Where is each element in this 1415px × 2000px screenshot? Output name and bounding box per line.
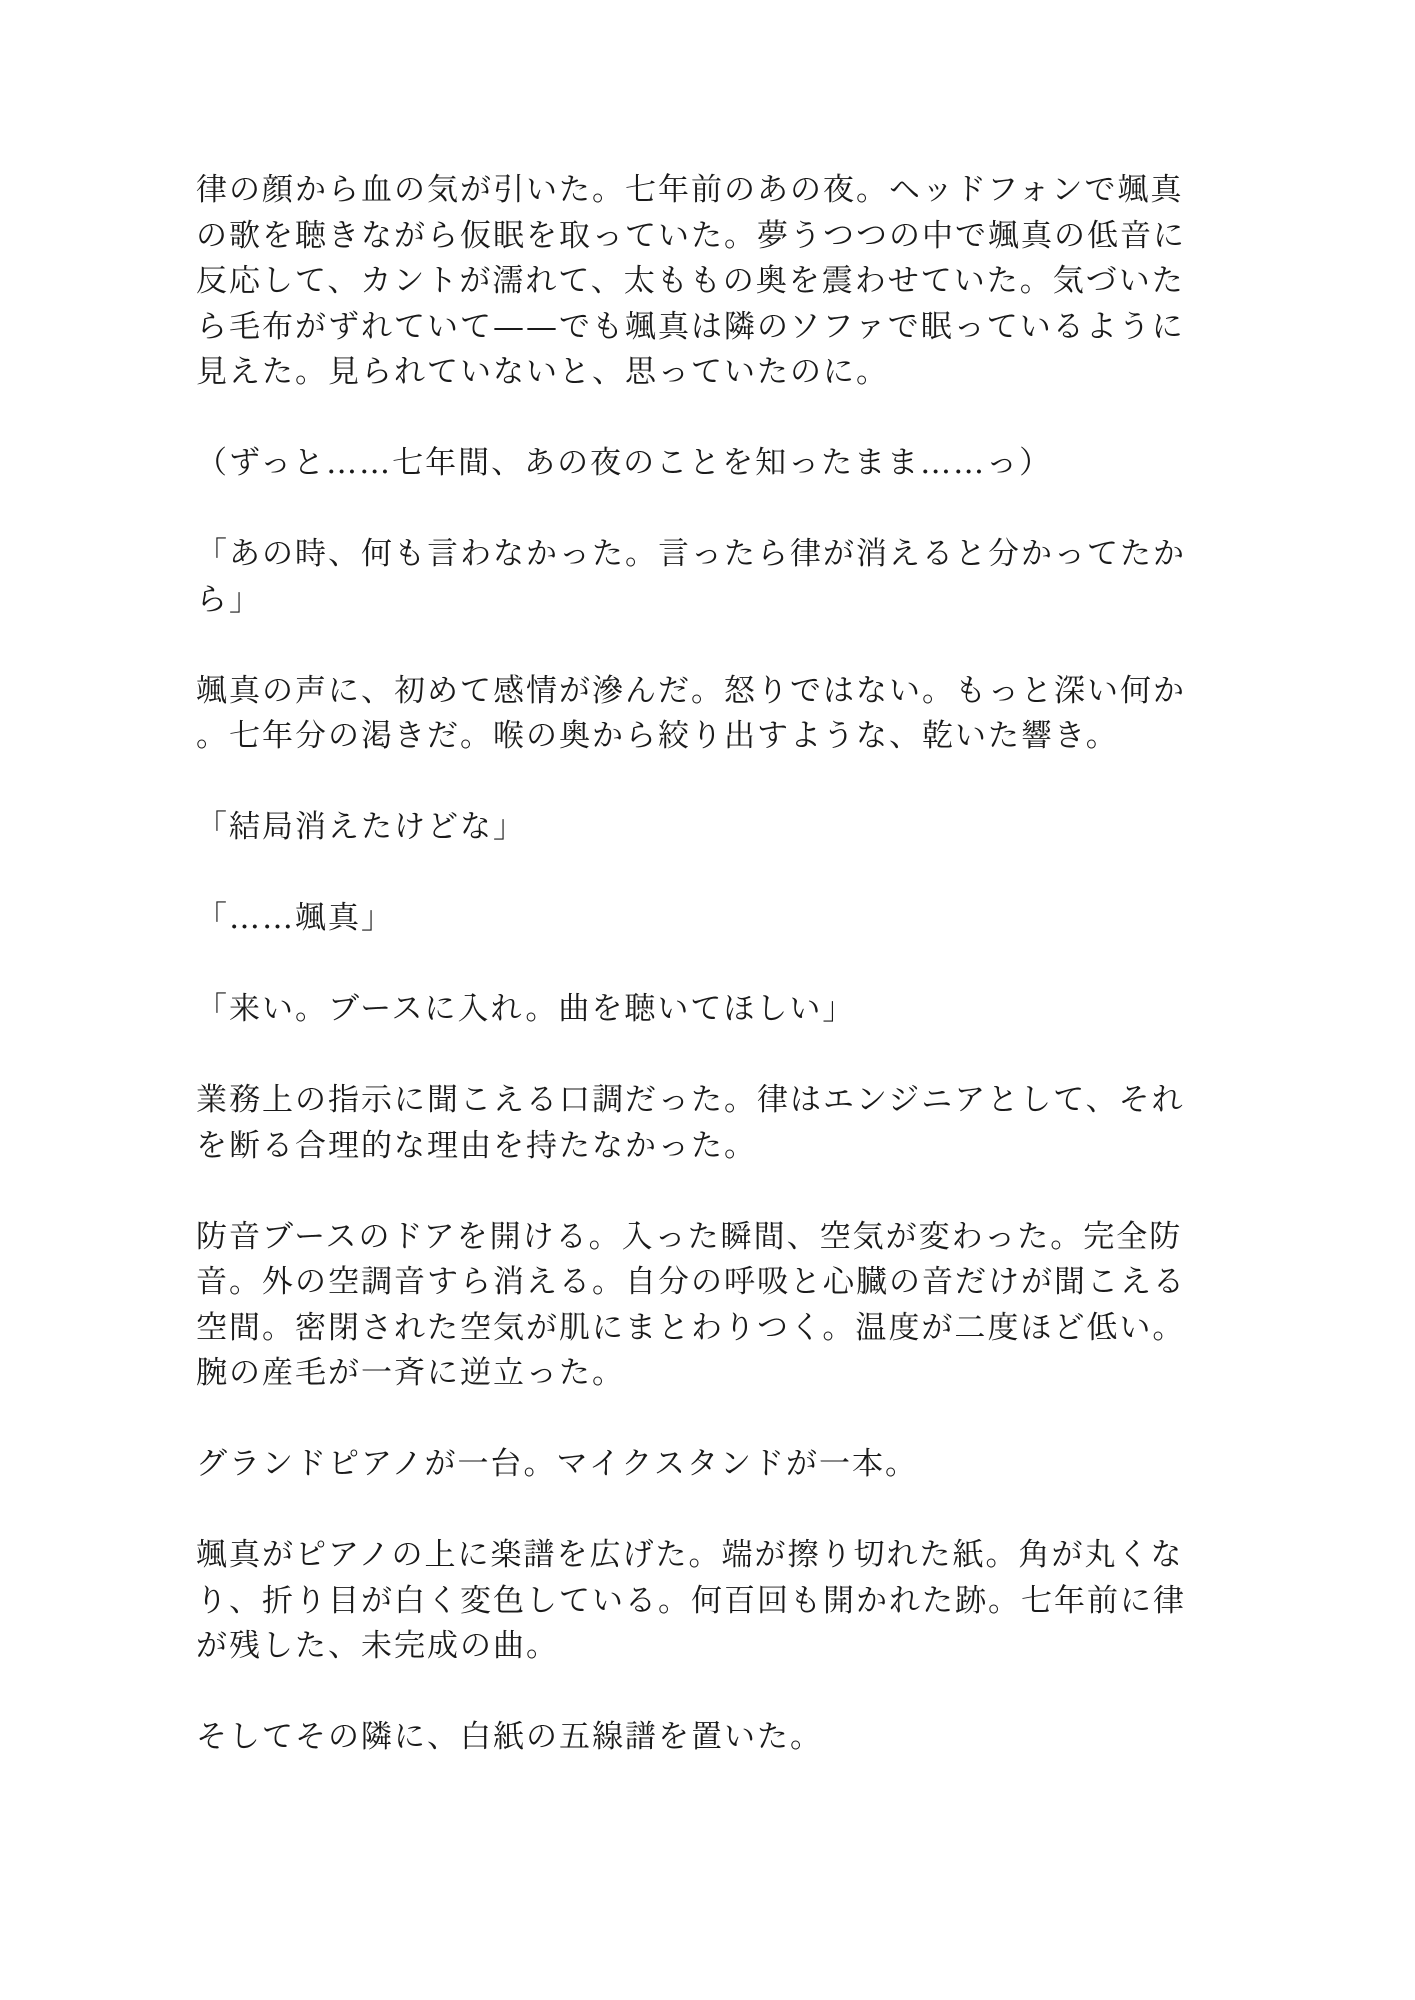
text-line: 業務上の指示に聞こえる口調だった。律はエンジニアとして、それ (196, 1078, 1256, 1124)
paragraph: 「……颯真」 (196, 896, 1256, 942)
paragraph: 「来い。ブースに入れ。曲を聴いてほしい」 (196, 987, 1256, 1033)
text-line: 「……颯真」 (196, 896, 1256, 942)
text-line: り、折り目が白く変色している。何百回も開かれた跡。七年前に律 (196, 1579, 1256, 1625)
page: 律の顔から血の気が引いた。七年前のあの夜。ヘッドフォンで颯真の歌を聴きながら仮眠… (0, 0, 1415, 2000)
text-line: 防音ブースのドアを開ける。入った瞬間、空気が変わった。完全防 (196, 1215, 1256, 1261)
paragraph: 律の顔から血の気が引いた。七年前のあの夜。ヘッドフォンで颯真の歌を聴きながら仮眠… (196, 168, 1256, 396)
text-line: 腕の産毛が一斉に逆立った。 (196, 1351, 1256, 1397)
paragraph: 颯真がピアノの上に楽譜を広げた。端が擦り切れた紙。角が丸くなり、折り目が白く変色… (196, 1533, 1256, 1670)
text-line: 見えた。見られていないと、思っていたのに。 (196, 350, 1256, 396)
paragraph: 颯真の声に、初めて感情が滲んだ。怒りではない。もっと深い何か。七年分の渇きだ。喉… (196, 669, 1256, 760)
paragraph: グランドピアノが一台。マイクスタンドが一本。 (196, 1442, 1256, 1488)
paragraph: 業務上の指示に聞こえる口調だった。律はエンジニアとして、それを断る合理的な理由を… (196, 1078, 1256, 1169)
text-line: 「あの時、何も言わなかった。言ったら律が消えると分かってたか (196, 532, 1256, 578)
paragraph: （ずっと……七年間、あの夜のことを知ったまま……っ） (196, 441, 1256, 487)
document-body: 律の顔から血の気が引いた。七年前のあの夜。ヘッドフォンで颯真の歌を聴きながら仮眠… (196, 168, 1256, 1761)
text-line: を断る合理的な理由を持たなかった。 (196, 1124, 1256, 1170)
text-line: そしてその隣に、白紙の五線譜を置いた。 (196, 1715, 1256, 1761)
text-line: ら」 (196, 578, 1256, 624)
text-line: 反応して、カントが濡れて、太ももの奥を震わせていた。気づいた (196, 259, 1256, 305)
text-line: ら毛布がずれていて——でも颯真は隣のソファで眠っているように (196, 305, 1256, 351)
text-line: 。七年分の渇きだ。喉の奥から絞り出すような、乾いた響き。 (196, 714, 1256, 760)
text-line: の歌を聴きながら仮眠を取っていた。夢うつつの中で颯真の低音に (196, 214, 1256, 260)
paragraph: そしてその隣に、白紙の五線譜を置いた。 (196, 1715, 1256, 1761)
text-line: 颯真の声に、初めて感情が滲んだ。怒りではない。もっと深い何か (196, 669, 1256, 715)
paragraph: 「結局消えたけどな」 (196, 805, 1256, 851)
text-line: が残した、未完成の曲。 (196, 1624, 1256, 1670)
text-line: 「結局消えたけどな」 (196, 805, 1256, 851)
paragraph: 「あの時、何も言わなかった。言ったら律が消えると分かってたから」 (196, 532, 1256, 623)
text-line: 颯真がピアノの上に楽譜を広げた。端が擦り切れた紙。角が丸くな (196, 1533, 1256, 1579)
text-line: 「来い。ブースに入れ。曲を聴いてほしい」 (196, 987, 1256, 1033)
text-line: （ずっと……七年間、あの夜のことを知ったまま……っ） (196, 441, 1256, 487)
text-line: グランドピアノが一台。マイクスタンドが一本。 (196, 1442, 1256, 1488)
text-line: 律の顔から血の気が引いた。七年前のあの夜。ヘッドフォンで颯真 (196, 168, 1256, 214)
text-line: 空間。密閉された空気が肌にまとわりつく。温度が二度ほど低い。 (196, 1306, 1256, 1352)
paragraph: 防音ブースのドアを開ける。入った瞬間、空気が変わった。完全防音。外の空調音すら消… (196, 1215, 1256, 1397)
text-line: 音。外の空調音すら消える。自分の呼吸と心臓の音だけが聞こえる (196, 1260, 1256, 1306)
